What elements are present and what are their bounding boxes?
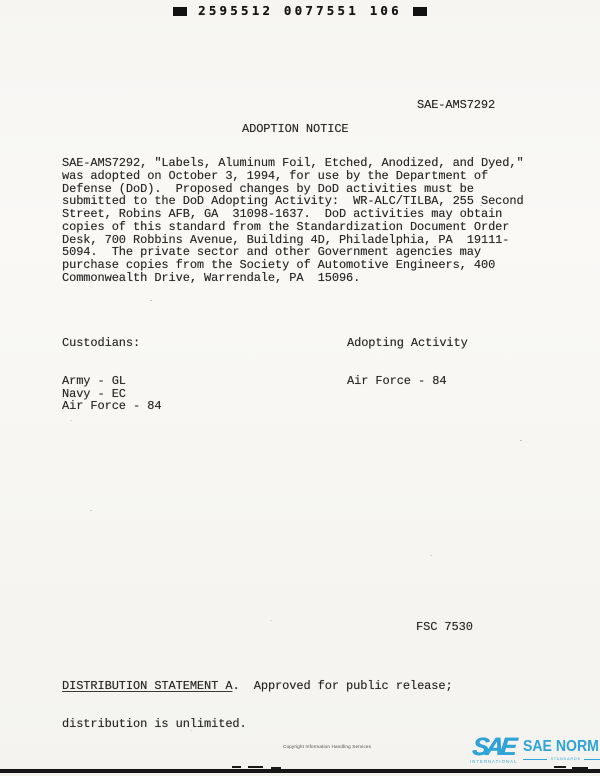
scan-artifact-dash [554,766,566,768]
custodians-list: Army - GLNavy - ECAir Force - 84 [62,375,161,413]
text-line: Commonwealth Drive, Warrendale, PA 15096… [62,272,524,285]
sae-norm-logo: SAE INTERNATIONAL SAE NORM STANDARDS [470,736,600,764]
text-line: Air Force - 84 [62,400,161,413]
footer-microtext: Copyright Information Handling Services [283,744,371,749]
custodians-block: Custodians: Army - GLNavy - ECAir Force … [62,311,161,439]
sae-logo-letters: SAE [472,736,515,758]
page-title: ADOPTION NOTICE [242,123,349,136]
custodians-heading: Custodians: [62,337,161,350]
sae-norm-brand-name: SAE NORM [523,739,599,755]
sae-logo-icon: SAE INTERNATIONAL [470,736,518,764]
distribution-statement-rest: . Approved for public release; [232,679,452,693]
text-line: Army - GL [62,375,161,388]
text-line: purchase copies from the Society of Auto… [62,259,524,272]
sae-norm-brand: SAE NORM STANDARDS [523,739,600,761]
bottom-rule [0,769,600,773]
distribution-line-1: DISTRIBUTION STATEMENT A. Approved for p… [62,680,453,693]
text-line: Street, Robins AFB, GA 31098-1637. DoD a… [62,208,524,221]
adopting-activity-list: Air Force - 84 [347,375,468,388]
text-line: copies of this standard from the Standar… [62,221,524,234]
fsc-code: FSC 7530 [416,621,473,634]
adoption-notice-body: SAE-AMS7292, "Labels, Aluminum Foil, Etc… [62,157,524,285]
scan-artifact-dash [248,766,263,768]
scan-artifact-dash [232,766,241,768]
barcode-row: 2595512 0077551 106 [0,3,600,18]
text-line: SAE-AMS7292, "Labels, Aluminum Foil, Etc… [62,157,524,170]
adopting-activity-block: Adopting Activity Air Force - 84 [347,311,468,413]
distribution-statement-title: DISTRIBUTION STATEMENT A [62,679,232,693]
adopting-activity-heading: Adopting Activity [347,337,468,350]
sae-norm-tagline: STANDARDS [523,757,600,761]
tagline-rule-right [584,759,600,760]
text-line: was adopted on October 3, 1994, for use … [62,170,524,183]
barcode-number: 2595512 0077551 106 [198,3,402,18]
tagline-text: STANDARDS [550,757,580,761]
barcode-end-block [413,7,427,16]
scan-artifact-dash [572,767,588,769]
tagline-rule-left [523,759,548,760]
text-line: Air Force - 84 [347,375,468,388]
distribution-line-2: distribution is unlimited. [62,718,453,731]
distribution-statement: DISTRIBUTION STATEMENT A. Approved for p… [62,654,453,756]
document-number: SAE-AMS7292 [417,99,495,112]
scanned-document-page: 2595512 0077551 106 SAE-AMS7292 ADOPTION… [0,0,600,776]
scan-noise-specks [150,300,152,301]
barcode-start-block [173,7,187,16]
scan-artifact-dash [271,767,281,769]
